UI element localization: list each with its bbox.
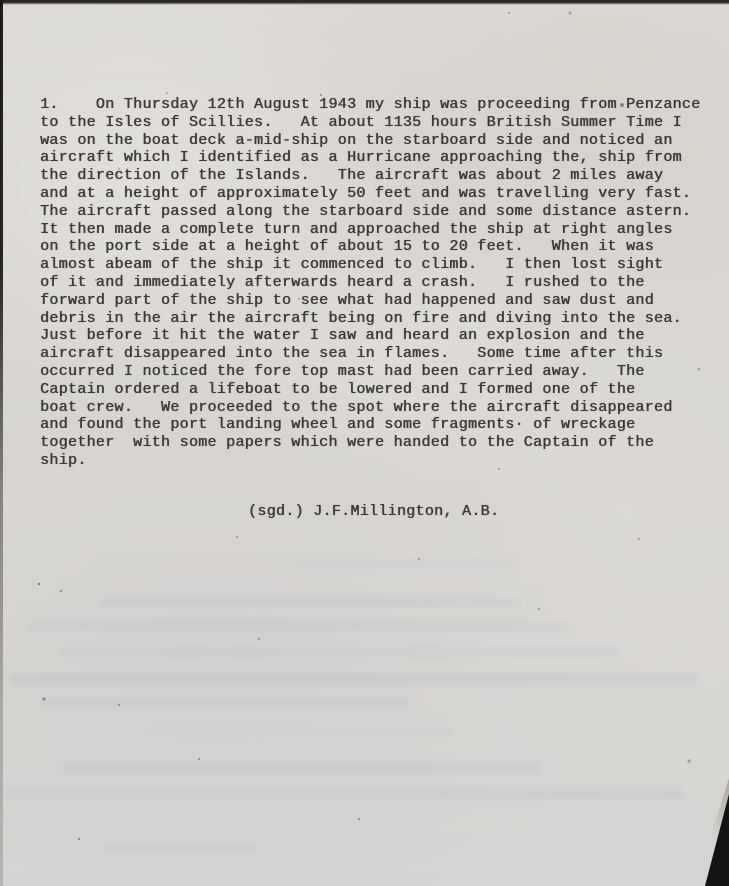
showthrough-streak — [100, 598, 520, 606]
showthrough-streak — [100, 845, 260, 852]
showthrough-streak — [28, 622, 568, 631]
showthrough-streak — [10, 674, 700, 683]
signature-line: (sgd.) J.F.Millington, A.B. — [248, 503, 499, 520]
showthrough-streak — [60, 648, 620, 656]
showthrough-streak — [5, 790, 685, 799]
showthrough-streak — [40, 698, 410, 706]
showthrough-streak — [60, 764, 540, 772]
scanned-document-page: 1. On Thursday 12th August 1943 my ship … — [0, 0, 729, 886]
scan-edge-top — [0, 0, 729, 5]
showthrough-streak — [150, 728, 450, 735]
scan-edge-left — [0, 0, 3, 886]
showthrough-streak — [300, 560, 520, 567]
statement-text: 1. On Thursday 12th August 1943 my ship … — [40, 96, 700, 470]
